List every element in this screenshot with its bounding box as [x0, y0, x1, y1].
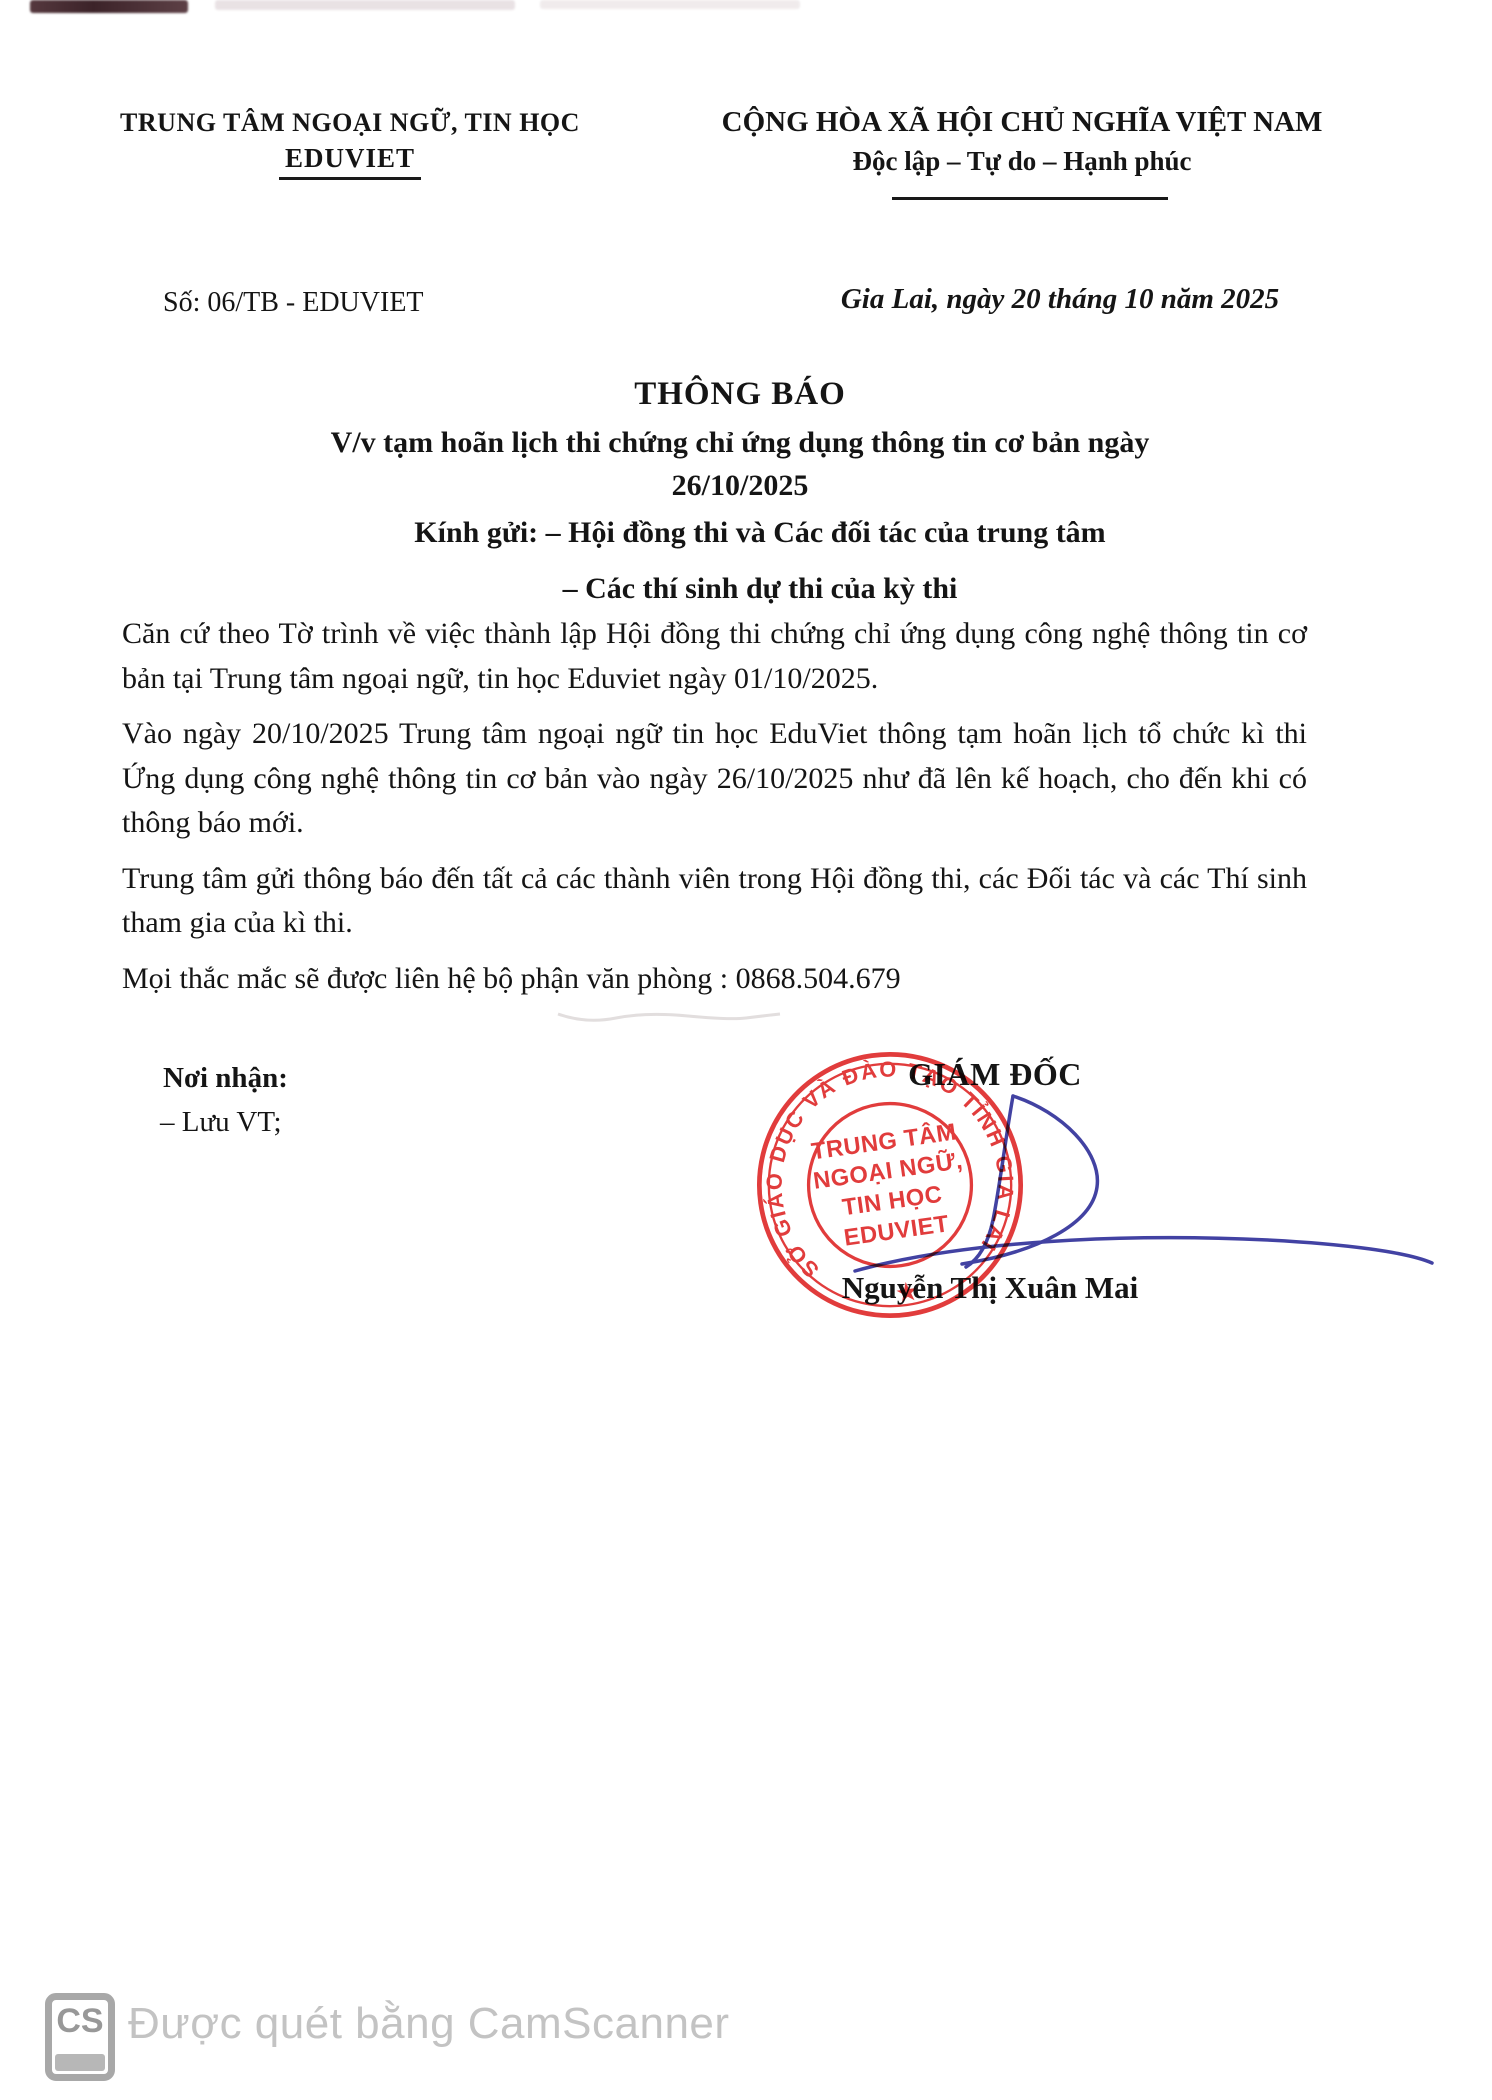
body-paragraph: Trung tâm gửi thông báo đến tất cả các t…	[122, 857, 1307, 946]
body-paragraph: Căn cứ theo Tờ trình về việc thành lập H…	[122, 612, 1307, 701]
recipients-label: Nơi nhận:	[163, 1062, 288, 1095]
body-text: Căn cứ theo Tờ trình về việc thành lập H…	[122, 612, 1307, 1012]
document-page: TRUNG TÂM NGOẠI NGỮ, TIN HỌC EDUVIET Số:…	[0, 0, 1492, 2100]
red-circular-stamp: SỞ GIÁO DỤC VÀ ĐÀO TẠO TỈNH GIA LAI ★ TR…	[730, 1025, 1051, 1346]
org-name: TRUNG TÂM NGOẠI NGỮ, TIN HỌC	[95, 108, 605, 138]
national-motto-line2: Độc lập – Tự do – Hạnh phúc	[660, 146, 1384, 177]
scan-smudge-artifact	[540, 0, 800, 9]
issuing-org-block: TRUNG TÂM NGOẠI NGỮ, TIN HỌC EDUVIET	[95, 108, 605, 180]
recipients-item: – Lưu VT;	[160, 1106, 282, 1139]
stamp-second-ring	[753, 1048, 1027, 1322]
recipient-line2: – Các thí sinh dự thi của kỳ thi	[150, 572, 1370, 606]
body-paragraph: Mọi thắc mắc sẽ được liên hệ bộ phận văn…	[122, 957, 1307, 1002]
place-date-line: Gia Lai, ngày 20 tháng 10 năm 2025	[760, 283, 1360, 316]
scan-smudge-artifact	[30, 0, 188, 13]
subject-line1: V/v tạm hoãn lịch thi chứng chỉ ứng dụng…	[150, 426, 1330, 460]
stamp-outer-ring	[742, 1037, 1037, 1332]
camscanner-icon-letters: CS	[52, 2002, 108, 2041]
title-block: THÔNG BÁO V/v tạm hoãn lịch thi chứng ch…	[150, 376, 1330, 503]
national-header-block: CỘNG HÒA XÃ HỘI CHỦ NGHĨA VIỆT NAM Độc l…	[660, 106, 1384, 177]
scan-smudge-artifact	[215, 0, 515, 10]
camscanner-icon-bar	[55, 2054, 105, 2071]
recipient-line1: Kính gửi: – Hội đồng thi và Các đối tác …	[150, 516, 1370, 550]
subject-line2: 26/10/2025	[150, 469, 1330, 503]
body-paragraph: Vào ngày 20/10/2025 Trung tâm ngoại ngữ …	[122, 712, 1307, 846]
pencil-squiggle-artifact	[558, 1014, 780, 1020]
camscanner-watermark-text: Được quét bằng CamScanner	[128, 1999, 730, 2049]
document-number: Số: 06/TB - EDUVIET	[163, 287, 424, 319]
org-abbreviation: EDUVIET	[279, 141, 421, 180]
camscanner-icon: CS	[45, 1993, 115, 2081]
national-motto-line1: CỘNG HÒA XÃ HỘI CHỦ NGHĨA VIỆT NAM	[660, 106, 1384, 139]
motto-underline	[892, 197, 1168, 200]
document-title: THÔNG BÁO	[150, 376, 1330, 413]
star-icon: ★	[893, 1276, 921, 1309]
